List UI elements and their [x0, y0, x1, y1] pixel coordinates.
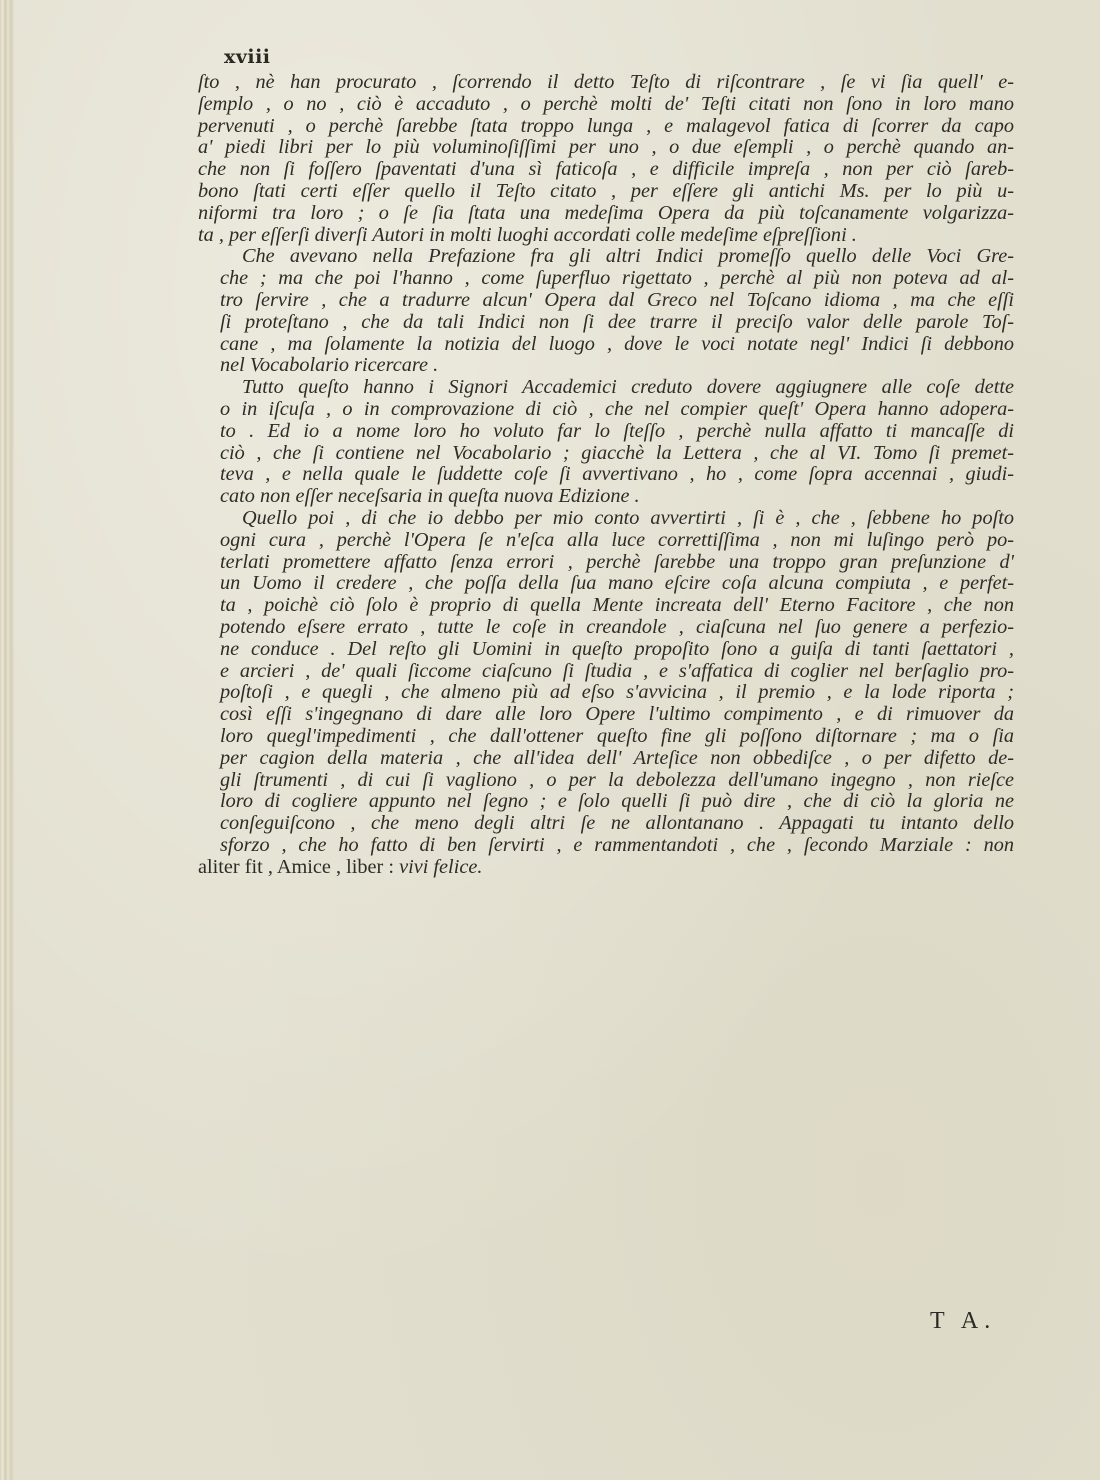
text-line: loro quegl'impedimenti , che dall'ottene…: [198, 726, 1014, 748]
text-line: così eſſi s'ingegnano di dare alle loro …: [198, 704, 1014, 726]
closing-latin-italic: vivi felice.: [399, 856, 482, 878]
text-line: ta , per eſſerſi diverſi Autori in molti…: [198, 225, 1014, 247]
text-line: ſto , nè han procurato , ſcorrendo il de…: [198, 72, 1014, 94]
text-line: Tutto queſto hanno i Signori Accademici …: [198, 377, 1014, 399]
text-line: ciò , che ſi contiene nel Vocabolario ; …: [198, 443, 1014, 465]
text-line: Che avevano nella Prefazione fra gli alt…: [198, 246, 1014, 268]
text-line: a' piedi libri per lo più voluminoſiſſim…: [198, 137, 1014, 159]
text-line: teva , e nella quale le ſuddette coſe ſi…: [198, 464, 1014, 486]
closing-line: aliter fit , Amice , liber : vivi felice…: [198, 857, 1014, 879]
text-line: potendo eſsere errato , tutte le coſe in…: [198, 617, 1014, 639]
body-text: ſto , nè han procurato , ſcorrendo il de…: [198, 72, 1014, 878]
text-line: cato non eſſer neceſsaria in queſta nuov…: [198, 486, 1014, 508]
document-page: xviii ſto , nè han procurato , ſcorrendo…: [0, 0, 1100, 1480]
text-line: ſemplo , o no , ciò è accaduto , o perch…: [198, 94, 1014, 116]
text-line: Quello poi , di che io debbo per mio con…: [198, 508, 1014, 530]
paragraph: Quello poi , di che io debbo per mio con…: [198, 508, 1014, 857]
paragraph: Tutto queſto hanno i Signori Accademici …: [198, 377, 1014, 508]
text-line: poſtoſi , e quegli , che almeno più ad e…: [198, 682, 1014, 704]
text-line: to . Ed io a nome loro ho voluto far lo …: [198, 421, 1014, 443]
text-line: nel Vocabolario ricercare .: [198, 355, 1014, 377]
text-line: sforzo , che ho fatto di ben ſervirti , …: [198, 835, 1014, 857]
text-line: bono ſtati certi eſſer quello il Teſto c…: [198, 181, 1014, 203]
text-line: pervenuti , o perchè ſarebbe ſtata tropp…: [198, 116, 1014, 138]
text-line: ne conduce . Del reſto gli Uomini in que…: [198, 639, 1014, 661]
page-number: xviii: [224, 46, 271, 68]
text-line: conſeguiſcono , che meno degli altri ſe …: [198, 813, 1014, 835]
text-line: niformi tra loro ; o ſe ſia ſtata una me…: [198, 203, 1014, 225]
text-line: che ; ma che poi l'hanno , come ſuperflu…: [198, 268, 1014, 290]
text-line: o in iſcuſa , o in comprovazione di ciò …: [198, 399, 1014, 421]
text-line: terlati promettere affatto ſenza errori …: [198, 552, 1014, 574]
signature-mark: T A.: [930, 1308, 996, 1335]
paragraph: ſto , nè han procurato , ſcorrendo il de…: [198, 72, 1014, 246]
text-line: per cagion della materia , che all'idea …: [198, 748, 1014, 770]
text-line: ogni cura , perchè l'Opera ſe n'eſca all…: [198, 530, 1014, 552]
text-line: che non ſi foſſero ſpaventati d'una sì f…: [198, 159, 1014, 181]
text-line: un Uomo il credere , che poſſa della ſua…: [198, 573, 1014, 595]
text-line: cane , ma ſolamente la notizia del luogo…: [198, 334, 1014, 356]
text-line: gli ſtrumenti , di cui ſi vagliono , o p…: [198, 770, 1014, 792]
text-line: ta , poichè ciò ſolo è proprio di quella…: [198, 595, 1014, 617]
paragraph: Che avevano nella Prefazione fra gli alt…: [198, 246, 1014, 377]
text-line: ſi proteſtano , che da tali Indici non ſ…: [198, 312, 1014, 334]
text-line: loro di cogliere appunto nel ſegno ; e ſ…: [198, 791, 1014, 813]
page-gutter-binding: [0, 0, 14, 1480]
text-line: e arcieri , de' quali ſiccome ciaſcuno ſ…: [198, 661, 1014, 683]
closing-latin-roman: aliter fit , Amice , liber :: [198, 856, 394, 878]
text-line: tro ſervire , che a tradurre alcun' Oper…: [198, 290, 1014, 312]
